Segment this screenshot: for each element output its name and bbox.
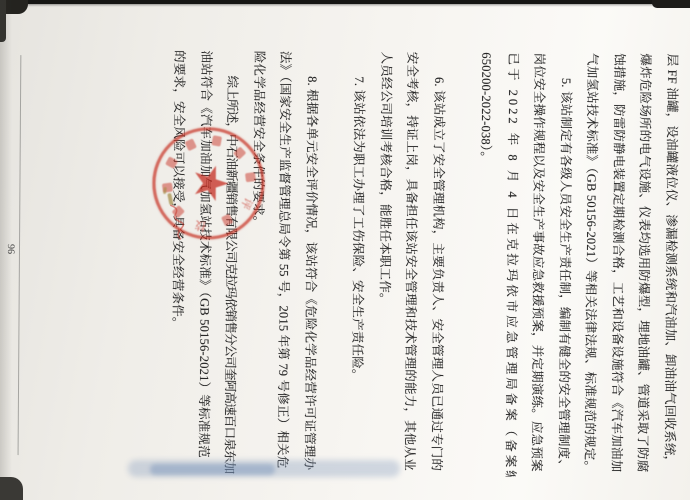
page-number: 96 xyxy=(5,189,17,309)
text-line: 5. 该站制定有各级人员安全生产责任制，编制有健全的安全管理制度、 xyxy=(550,53,579,477)
text-line: 层 FF 油罐，设油罐液位仪、渗漏检测系统和汽油加、卸油油气回收系统， xyxy=(656,54,685,478)
footer-divider xyxy=(18,55,22,455)
paper-rotated-page: 层 FF 油罐，设油罐液位仪、渗漏检测系统和汽油加、卸油油气回收系统，爆炸危险场… xyxy=(0,0,690,500)
text-line: 8. 根据各单元安全评价情况，该站符合《危险化学品经营许可证管理办 xyxy=(296,51,325,475)
text-line: 7. 该站依法为职工办理了工伤保险、安全生产责任险。 xyxy=(343,51,372,475)
document-body-text: 层 FF 油罐，设油罐液位仪、渗漏检测系统和汽油加、卸油油气回收系统，爆炸危险场… xyxy=(163,50,685,478)
text-line: 爆炸危险场所的电气设施、仪表均选用防爆型，埋地油罐、管道采取了防腐 xyxy=(629,53,658,477)
signature-squiggle-icon xyxy=(164,203,190,241)
text-line: 综上所述，中石油新疆销售有限公司克拉玛依销售分公司奎阿高速百口泉东加 xyxy=(216,50,245,474)
text-line: 岗位安全操作规程以及安全生产事故应急救援预案，并定期演练。应急预案 xyxy=(523,53,552,477)
official-red-seal: ★ 评技 xyxy=(152,127,265,240)
text-line: 650200-2022-038）。 xyxy=(470,52,499,476)
text-line: 人员经公司培训考核合格，能胜任本职工作。 xyxy=(370,52,399,476)
seal-arc-glyph xyxy=(211,135,222,146)
text-line: 6. 该站成立了安全管理机构，主要负责人、安全管理人员已通过专门的 xyxy=(423,52,452,476)
text-line: 的要求，安全风险可以接受，具备安全经营条件。 xyxy=(163,50,192,474)
text-line: 险化学品经营安全条件的要求。 xyxy=(243,51,272,475)
text-line: 油站符合《汽车加油加气加氢站技术标准》（GB 50156-2021）等标准规范 xyxy=(190,50,219,474)
text-line: 已于 2022 年 8 月 4 日在克拉玛依市应急管理局备案（备案编号： xyxy=(497,52,526,476)
text-line: 气加氢站技术标准》（GB 50156-2021）等相关法律法规、标准规范的规定。 xyxy=(576,53,605,477)
scanned-document-page: 层 FF 油罐，设油罐液位仪、渗漏检测系统和汽油加、卸油油气回收系统，爆炸危险场… xyxy=(0,0,690,500)
text-line: 法》（国家安全生产监督管理总局令第 55 号，2015 年第 79 号修正）相关… xyxy=(269,51,298,475)
text-line: 安全考核，持证上岗，具备担任该站安全管理和技术管理的能力，其他从业 xyxy=(396,52,425,476)
seal-arc-glyph xyxy=(245,172,256,182)
seal-arc-glyph: 技 xyxy=(194,218,207,231)
text-line: 蚀措施，防雷防静电装置定期检测合格，工艺和设备设施符合《汽车加油加 xyxy=(603,53,632,477)
